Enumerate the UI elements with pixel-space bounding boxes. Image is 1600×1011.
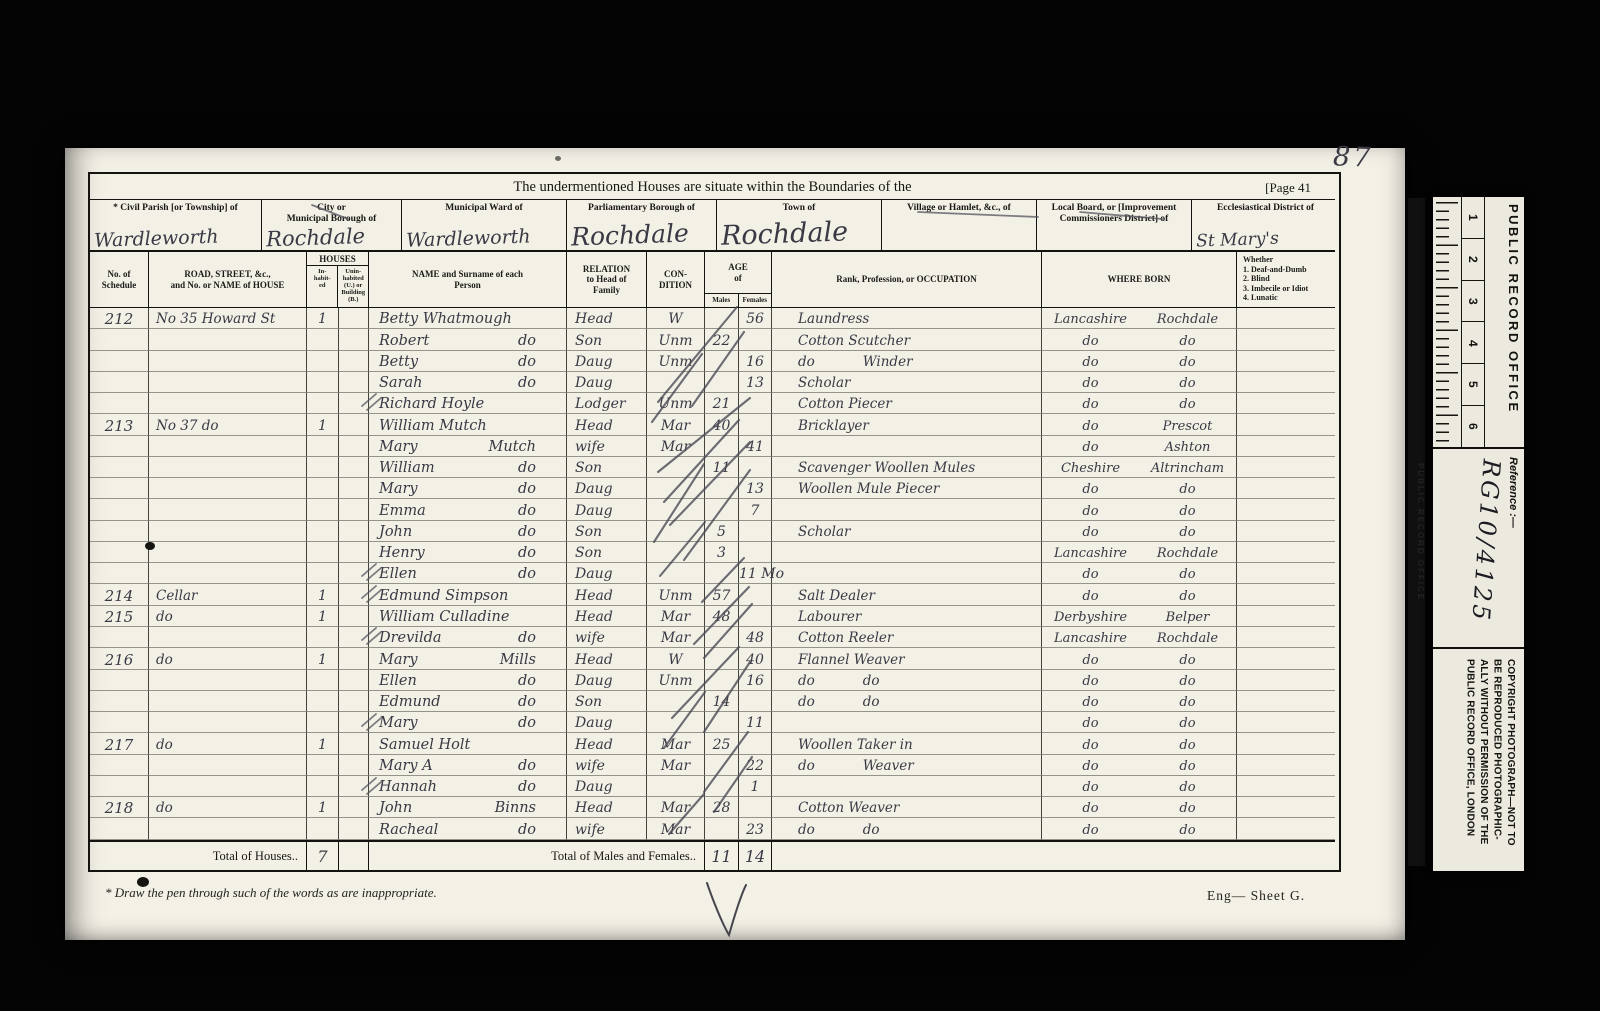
cell-born: dodo (1042, 776, 1237, 797)
ditto-mark: do (518, 525, 536, 540)
cell-age-female: 11 Mo (739, 563, 772, 584)
cell-age-female: 11 (739, 712, 772, 733)
relation-to-head: Head (567, 312, 613, 327)
age-male: 3 (705, 546, 738, 561)
relation-to-head: Daug (567, 780, 613, 795)
born-place: do (1139, 525, 1236, 540)
person-name: Mary (379, 440, 418, 455)
cell-condition (647, 776, 705, 797)
ruler-major-ticks (1436, 202, 1458, 442)
born-place: Rochdale (1139, 312, 1236, 327)
born-county: do (1042, 419, 1139, 434)
cell-inhabited: 1 (307, 584, 339, 605)
cell-schedule: 213 (90, 414, 149, 435)
cell-inhabited (307, 627, 339, 648)
col-header-houses: HOUSES In- habit- ed Unin- habited (U.) … (307, 252, 369, 307)
district-label: * Civil Parish [or Township] of (90, 200, 261, 214)
ditto-mark: do (518, 716, 536, 731)
cell-uninhabited (339, 670, 369, 691)
cell-whether (1237, 457, 1335, 478)
cell-relation: Head (567, 308, 647, 329)
cell-whether (1237, 733, 1335, 754)
cell-age-female: 7 (739, 499, 772, 520)
cell-condition: Mar (647, 627, 705, 648)
cell-condition (647, 521, 705, 542)
cell-occupation: dodo (772, 818, 1042, 839)
cell-age-male: 5 (705, 521, 739, 542)
schedule-number: 212 (90, 312, 148, 327)
cell-born: dodo (1042, 818, 1237, 839)
cell-name: William Culladine (369, 606, 567, 627)
born-place: do (1139, 738, 1236, 753)
table-row: HenrydoSon3LancashireRochdale (90, 542, 1335, 563)
cell-born: LancashireRochdale (1042, 542, 1237, 563)
person-name: Betty Whatmough (379, 312, 512, 327)
age-male: 11 (705, 461, 738, 476)
copyright-line: COPYRIGHT PHOTOGRAPH—NOT TO (1504, 659, 1518, 846)
cell-born: DerbyshireBelper (1042, 606, 1237, 627)
age-male: 25 (705, 738, 738, 753)
cell-schedule: 215 (90, 606, 149, 627)
cell-uninhabited (339, 606, 369, 627)
condition: Unm (647, 674, 704, 689)
cell-age-male (705, 670, 739, 691)
cell-uninhabited (339, 308, 369, 329)
cell-whether (1237, 351, 1335, 372)
cell-age-male (705, 712, 739, 733)
cell-inhabited (307, 329, 339, 350)
condition: Mar (647, 440, 704, 455)
cell-inhabited: 1 (307, 648, 339, 669)
relation-to-head: Daug (567, 482, 613, 497)
cell-age-female: 41 (739, 436, 772, 457)
table-row: DrevildadowifeMar48Cotton ReelerLancashi… (90, 627, 1335, 648)
cell-schedule (90, 712, 149, 733)
cell-inhabited (307, 478, 339, 499)
born-place: Rochdale (1139, 546, 1236, 561)
cell-born: dodo (1042, 691, 1237, 712)
cell-road: do (149, 648, 307, 669)
cell-uninhabited (339, 372, 369, 393)
total-females-value: 14 (745, 847, 765, 866)
born-county: do (1042, 653, 1139, 668)
occupation: Cotton Piecer (798, 397, 892, 412)
born-county: do (1042, 674, 1139, 689)
cell-age-female (739, 457, 772, 478)
district-value: Wardleworth (405, 214, 566, 252)
cell-age-male (705, 755, 739, 776)
cell-name: Betty Whatmough (369, 308, 567, 329)
ditto-mark: Winder (863, 355, 913, 370)
copyright-line: ALLY WITHOUT PERMISSION OF THE (1477, 659, 1491, 846)
table-row: EllendoDaug11 Mododo (90, 563, 1335, 584)
ditto-mark: do (518, 334, 536, 349)
relation-to-head: Head (567, 589, 613, 604)
cell-road (149, 351, 307, 372)
born-place: do (1139, 716, 1236, 731)
born-county: do (1042, 695, 1139, 710)
cell-age-female: 48 (739, 627, 772, 648)
born-place: Altrincham (1139, 461, 1236, 476)
cell-relation: Son (567, 521, 647, 542)
cell-whether (1237, 329, 1335, 350)
cell-uninhabited (339, 542, 369, 563)
person-name: William Culladine (379, 610, 509, 625)
age-male: 22 (705, 334, 738, 349)
born-county: Lancashire (1042, 631, 1139, 646)
person-name: Henry (379, 546, 425, 561)
schedule-number: 218 (90, 801, 148, 816)
ruler-number: 5 (1462, 364, 1484, 406)
printed-page-number: [Page 41 (1265, 180, 1311, 196)
cell-condition: Mar (647, 797, 705, 818)
form-footnote: * Draw the pen through such of the words… (105, 885, 437, 901)
cell-inhabited (307, 372, 339, 393)
table-row: 213No 37 do1William MutchHeadMar40Brickl… (90, 414, 1335, 435)
born-county: do (1042, 716, 1139, 731)
cell-name: Hannahdo (369, 776, 567, 797)
cell-whether (1237, 563, 1335, 584)
occupation: Bricklayer (798, 419, 869, 434)
form-title-band: The undermentioned Houses are situate wi… (90, 174, 1335, 200)
cell-inhabited: 1 (307, 733, 339, 754)
cell-occupation: Scholar (772, 521, 1042, 542)
cell-condition: Unm (647, 351, 705, 372)
age-female: 40 (739, 653, 771, 668)
cell-age-male: 21 (705, 393, 739, 414)
ditto-mark: Weaver (863, 759, 914, 774)
relation-to-head: Daug (567, 674, 613, 689)
cell-age-male (705, 436, 739, 457)
district-label: Parliamentary Borough of (567, 200, 716, 214)
cell-age-male (705, 499, 739, 520)
cell-relation: Daug (567, 478, 647, 499)
cell-occupation: Cotton Reeler (772, 627, 1042, 648)
relation-to-head: Son (567, 525, 602, 540)
col-header-age: AGE of Males Females (705, 252, 772, 307)
cell-whether (1237, 308, 1335, 329)
occupation: Cotton Reeler (798, 631, 893, 646)
cell-road (149, 457, 307, 478)
cell-whether (1237, 670, 1335, 691)
cell-inhabited (307, 521, 339, 542)
cell-condition (647, 372, 705, 393)
cell-born: dodo (1042, 351, 1237, 372)
relation-to-head: Head (567, 801, 613, 816)
born-place: do (1139, 589, 1236, 604)
cell-schedule: 217 (90, 733, 149, 754)
cell-uninhabited (339, 351, 369, 372)
relation-to-head: Son (567, 334, 602, 349)
cell-age-male: 25 (705, 733, 739, 754)
table-row: HannahdoDaug1dodo (90, 776, 1335, 797)
cell-age-male (705, 478, 739, 499)
total-spacer-cell (339, 842, 369, 870)
cell-occupation: Woollen Taker in (772, 733, 1042, 754)
cell-name: Bettydo (369, 351, 567, 372)
born-county: do (1042, 504, 1139, 519)
born-place: do (1139, 334, 1236, 349)
cell-road (149, 521, 307, 542)
cell-relation: Lodger (567, 393, 647, 414)
cell-age-female: 13 (739, 478, 772, 499)
cell-occupation (772, 499, 1042, 520)
person-name: Robert (379, 334, 429, 349)
cell-uninhabited (339, 691, 369, 712)
cell-occupation: Flannel Weaver (772, 648, 1042, 669)
cell-schedule (90, 457, 149, 478)
age-title: AGE of (705, 252, 771, 293)
cell-schedule: 214 (90, 584, 149, 605)
cell-name: Drevildado (369, 627, 567, 648)
reference-label: Reference :— (1507, 457, 1519, 528)
total-houses-label-cell: Total of Houses.. (90, 842, 307, 870)
person-name: Mary A (379, 759, 433, 774)
cell-road (149, 670, 307, 691)
age-male: 57 (705, 589, 738, 604)
ink-smudge (555, 156, 561, 161)
condition: Unm (647, 589, 704, 604)
cell-whether (1237, 606, 1335, 627)
cell-relation: Daug (567, 499, 647, 520)
cell-name: Edmunddo (369, 691, 567, 712)
cell-condition (647, 691, 705, 712)
ditto-mark: do (863, 823, 880, 838)
cell-age-male (705, 627, 739, 648)
totals-row: Total of Houses.. 7 Total of Males and F… (90, 840, 1335, 870)
born-county: Cheshire (1042, 461, 1139, 476)
cell-condition: Unm (647, 329, 705, 350)
table-row: 214Cellar1Edmund SimpsonHeadUnm57Salt De… (90, 584, 1335, 605)
table-row: EllendoDaugUnm16dodododo (90, 670, 1335, 691)
cell-relation: Daug (567, 351, 647, 372)
total-houses-label: Total of Houses.. (90, 849, 306, 864)
born-county: do (1042, 397, 1139, 412)
cell-whether (1237, 776, 1335, 797)
table-row: RachealdowifeMar23dodododo (90, 818, 1335, 839)
cell-age-male (705, 776, 739, 797)
cell-occupation: dodo (772, 691, 1042, 712)
age-female: 22 (739, 759, 771, 774)
col-header-born: WHERE BORN (1042, 252, 1237, 307)
cell-schedule (90, 691, 149, 712)
col-header-occupation: Rank, Profession, or OCCUPATION (772, 252, 1042, 307)
ditto-mark: do (518, 376, 536, 391)
district-label: Town of (717, 200, 881, 214)
cell-road (149, 818, 307, 839)
district-box: Village or Hamlet, &c., of (882, 200, 1037, 250)
relation-to-head: Daug (567, 716, 613, 731)
cell-relation: Daug (567, 563, 647, 584)
cell-age-male (705, 308, 739, 329)
occupation: Labourer (798, 610, 861, 625)
age-female: 41 (739, 440, 771, 455)
occupation: Scholar (798, 376, 850, 391)
condition: Mar (647, 801, 704, 816)
col-header-females: Females (739, 294, 772, 307)
road-name: No 37 do (149, 419, 218, 434)
cell-age-female: 16 (739, 670, 772, 691)
cell-road: do (149, 606, 307, 627)
cell-schedule: 212 (90, 308, 149, 329)
col-header-road: ROAD, STREET, &c., and No. or NAME of HO… (149, 252, 307, 307)
cell-condition: Mar (647, 733, 705, 754)
cell-born: dodo (1042, 712, 1237, 733)
person-name: John (379, 801, 412, 816)
table-row: MarydoDaug13Woollen Mule Piecerdodo (90, 478, 1335, 499)
cell-age-female: 22 (739, 755, 772, 776)
occupation: Scholar (798, 525, 850, 540)
cell-name: William Mutch (369, 414, 567, 435)
person-name: John (379, 525, 412, 540)
relation-to-head: Son (567, 546, 602, 561)
cell-road (149, 478, 307, 499)
table-row: BettydoDaugUnm16doWinderdodo (90, 351, 1335, 372)
census-document: 87 The undermentioned Houses are situate… (65, 148, 1405, 940)
schedule-number: 217 (90, 738, 148, 753)
cell-occupation: doWeaver (772, 755, 1042, 776)
condition: Mar (647, 823, 704, 838)
table-row: 217do1Samuel HoltHeadMar25Woollen Taker … (90, 733, 1335, 754)
born-county: do (1042, 801, 1139, 816)
relation-to-head: wife (567, 440, 605, 455)
table-row: RobertdoSonUnm22Cotton Scutcherdodo (90, 329, 1335, 350)
cell-occupation: Scavenger Woollen Mules (772, 457, 1042, 478)
relation-to-head: wife (567, 759, 605, 774)
born-place: do (1139, 823, 1236, 838)
occupation: Laundress (798, 312, 869, 327)
born-place: do (1139, 759, 1236, 774)
cell-age-male (705, 372, 739, 393)
cell-inhabited (307, 436, 339, 457)
schedule-number: 215 (90, 610, 148, 625)
ditto-mark: do (518, 461, 536, 476)
relation-to-head: Head (567, 610, 613, 625)
cell-uninhabited (339, 329, 369, 350)
census-form-table: The undermentioned Houses are situate wi… (88, 172, 1341, 872)
cell-age-female (739, 733, 772, 754)
cell-born: dodo (1042, 499, 1237, 520)
cell-inhabited (307, 818, 339, 839)
cell-uninhabited (339, 563, 369, 584)
cell-occupation (772, 776, 1042, 797)
cell-road (149, 542, 307, 563)
cell-occupation: Woollen Mule Piecer (772, 478, 1042, 499)
cell-age-male (705, 563, 739, 584)
ditto-mark: do (518, 695, 536, 710)
cell-occupation: doWinder (772, 351, 1042, 372)
cell-schedule (90, 521, 149, 542)
person-name: Samuel Holt (379, 738, 470, 753)
relation-to-head: Lodger (567, 397, 626, 412)
age-female: 11 Mo (739, 567, 771, 582)
person-name: Mary (379, 653, 418, 668)
cell-born: dodo (1042, 648, 1237, 669)
born-place: Belper (1139, 610, 1236, 625)
born-county: do (1042, 376, 1139, 391)
ditto-mark: do (518, 780, 536, 795)
cell-uninhabited (339, 414, 369, 435)
cell-born: dodo (1042, 797, 1237, 818)
cell-road: No 35 Howard St (149, 308, 307, 329)
cell-schedule (90, 393, 149, 414)
pen-check-mark (693, 881, 813, 941)
table-row: SarahdoDaug13Scholardodo (90, 372, 1335, 393)
born-place: do (1139, 397, 1236, 412)
cell-relation: Head (567, 733, 647, 754)
condition: Mar (647, 610, 704, 625)
cell-occupation: dodo (772, 670, 1042, 691)
cell-inhabited (307, 563, 339, 584)
total-blank-cell (772, 842, 1335, 870)
age-female: 48 (739, 631, 771, 646)
ditto-mark: do (863, 695, 880, 710)
born-county: do (1042, 440, 1139, 455)
born-place: do (1139, 567, 1236, 582)
condition: W (647, 653, 704, 668)
born-place: do (1139, 780, 1236, 795)
cell-occupation (772, 436, 1042, 457)
district-box: Municipal Ward ofWardleworth (402, 200, 567, 250)
born-place: do (1139, 376, 1236, 391)
total-houses-value: 7 (317, 847, 327, 866)
cell-born: dodo (1042, 372, 1237, 393)
cell-relation: wife (567, 436, 647, 457)
cell-age-female (739, 414, 772, 435)
stamped-folio-number: 87 (1332, 141, 1373, 173)
cell-whether (1237, 521, 1335, 542)
age-female: 1 (739, 780, 771, 795)
ditto-mark: Mutch (489, 440, 536, 455)
ditto-mark: Binns (495, 801, 536, 816)
total-females-cell: 14 (739, 842, 772, 870)
person-name: William (379, 461, 435, 476)
copyright-section: COPYRIGHT PHOTOGRAPH—NOT TOBE REPRODUCED… (1433, 649, 1524, 871)
total-males-cell: 11 (705, 842, 739, 870)
cell-schedule (90, 436, 149, 457)
total-persons-label: Total of Males and Females.. (369, 849, 704, 864)
cell-inhabited (307, 691, 339, 712)
born-place: do (1139, 674, 1236, 689)
total-males-value: 11 (711, 847, 731, 866)
cell-name: Richard Hoyle (369, 393, 567, 414)
cell-whether (1237, 436, 1335, 457)
cell-name: Rachealdo (369, 818, 567, 839)
cell-whether (1237, 584, 1335, 605)
cell-relation: wife (567, 818, 647, 839)
cell-schedule (90, 670, 149, 691)
cell-occupation: Cotton Scutcher (772, 329, 1042, 350)
born-county: do (1042, 759, 1139, 774)
born-county: do (1042, 482, 1139, 497)
cell-name: Ellendo (369, 670, 567, 691)
cell-name: Edmund Simpson (369, 584, 567, 605)
cell-age-female (739, 584, 772, 605)
ditto-mark: do (518, 482, 536, 497)
cell-relation: Son (567, 457, 647, 478)
relation-to-head: Daug (567, 376, 613, 391)
relation-to-head: Head (567, 419, 613, 434)
cell-uninhabited (339, 457, 369, 478)
cell-age-female: 13 (739, 372, 772, 393)
col-header-name: NAME and Surname of each Person (369, 252, 567, 307)
cell-uninhabited (339, 712, 369, 733)
cell-condition (647, 478, 705, 499)
age-female: 13 (739, 376, 771, 391)
cell-uninhabited (339, 797, 369, 818)
occupation: Salt Dealer (798, 589, 875, 604)
born-place: do (1139, 801, 1236, 816)
